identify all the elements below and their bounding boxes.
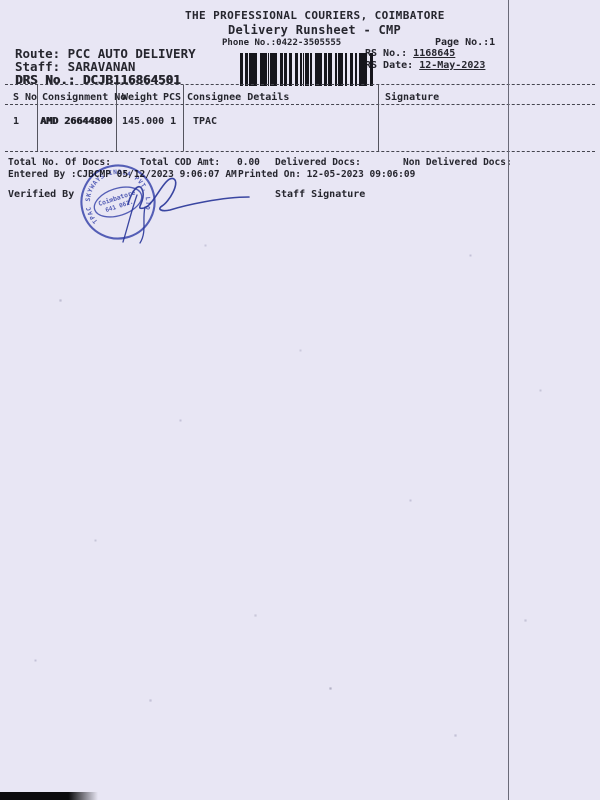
delivered-docs-label: Delivered Docs: bbox=[275, 157, 361, 168]
row-cell-sno: 1 bbox=[13, 116, 19, 127]
scanned-delivery-runsheet: THE PROFESSIONAL COURIERS, COIMBATORE De… bbox=[0, 0, 600, 800]
staff-signature-label: Staff Signature bbox=[275, 189, 365, 200]
signature-scrawl bbox=[123, 178, 249, 243]
table-header-weight: Weight bbox=[122, 92, 158, 103]
row-cell-consignee: TPAC bbox=[193, 116, 217, 127]
page-number: Page No.:1 bbox=[435, 37, 495, 48]
rs-date-value: 12-May-2023 bbox=[419, 60, 485, 71]
rs-date-label: RS Date: bbox=[365, 60, 419, 71]
table-header-pcs: PCS bbox=[163, 92, 181, 103]
column-separator bbox=[183, 85, 184, 151]
rs-number-value: 1168645 bbox=[413, 48, 455, 59]
table-header-signature: Signature bbox=[385, 92, 439, 103]
phone-number: Phone No.:0422-3505555 bbox=[222, 38, 341, 48]
document-title: Delivery Runsheet - CMP bbox=[228, 23, 401, 37]
company-stamp: TPAC SKYWAYS INDIA PVT. LTD. Coimbatore … bbox=[70, 150, 280, 250]
verified-by-label: Verified By bbox=[8, 189, 74, 200]
scan-noise bbox=[0, 0, 1, 1]
rs-number: RS No.: 1168645 bbox=[365, 48, 455, 59]
table-header-sno: S No bbox=[13, 92, 37, 103]
table-header-consignee: Consignee Details bbox=[187, 92, 289, 103]
rs-date: RS Date: 12-May-2023 bbox=[365, 60, 485, 71]
divider-table-head bbox=[5, 104, 595, 105]
table-header-consignment: Consignment No bbox=[42, 92, 126, 103]
divider-header bbox=[5, 84, 595, 85]
column-separator bbox=[37, 85, 38, 151]
column-separator bbox=[378, 85, 379, 151]
row-cell-consignment: AMD 26644800 bbox=[40, 116, 112, 127]
barcode-icon bbox=[240, 53, 373, 86]
company-name: THE PROFESSIONAL COURIERS, COIMBATORE bbox=[185, 9, 445, 22]
scan-artifact-bar bbox=[0, 792, 98, 800]
scan-page-edge-line bbox=[508, 0, 509, 800]
row-cell-weight-pcs: 145.000 1 bbox=[122, 116, 176, 127]
non-delivered-docs-label: Non Delivered Docs: bbox=[403, 157, 512, 168]
